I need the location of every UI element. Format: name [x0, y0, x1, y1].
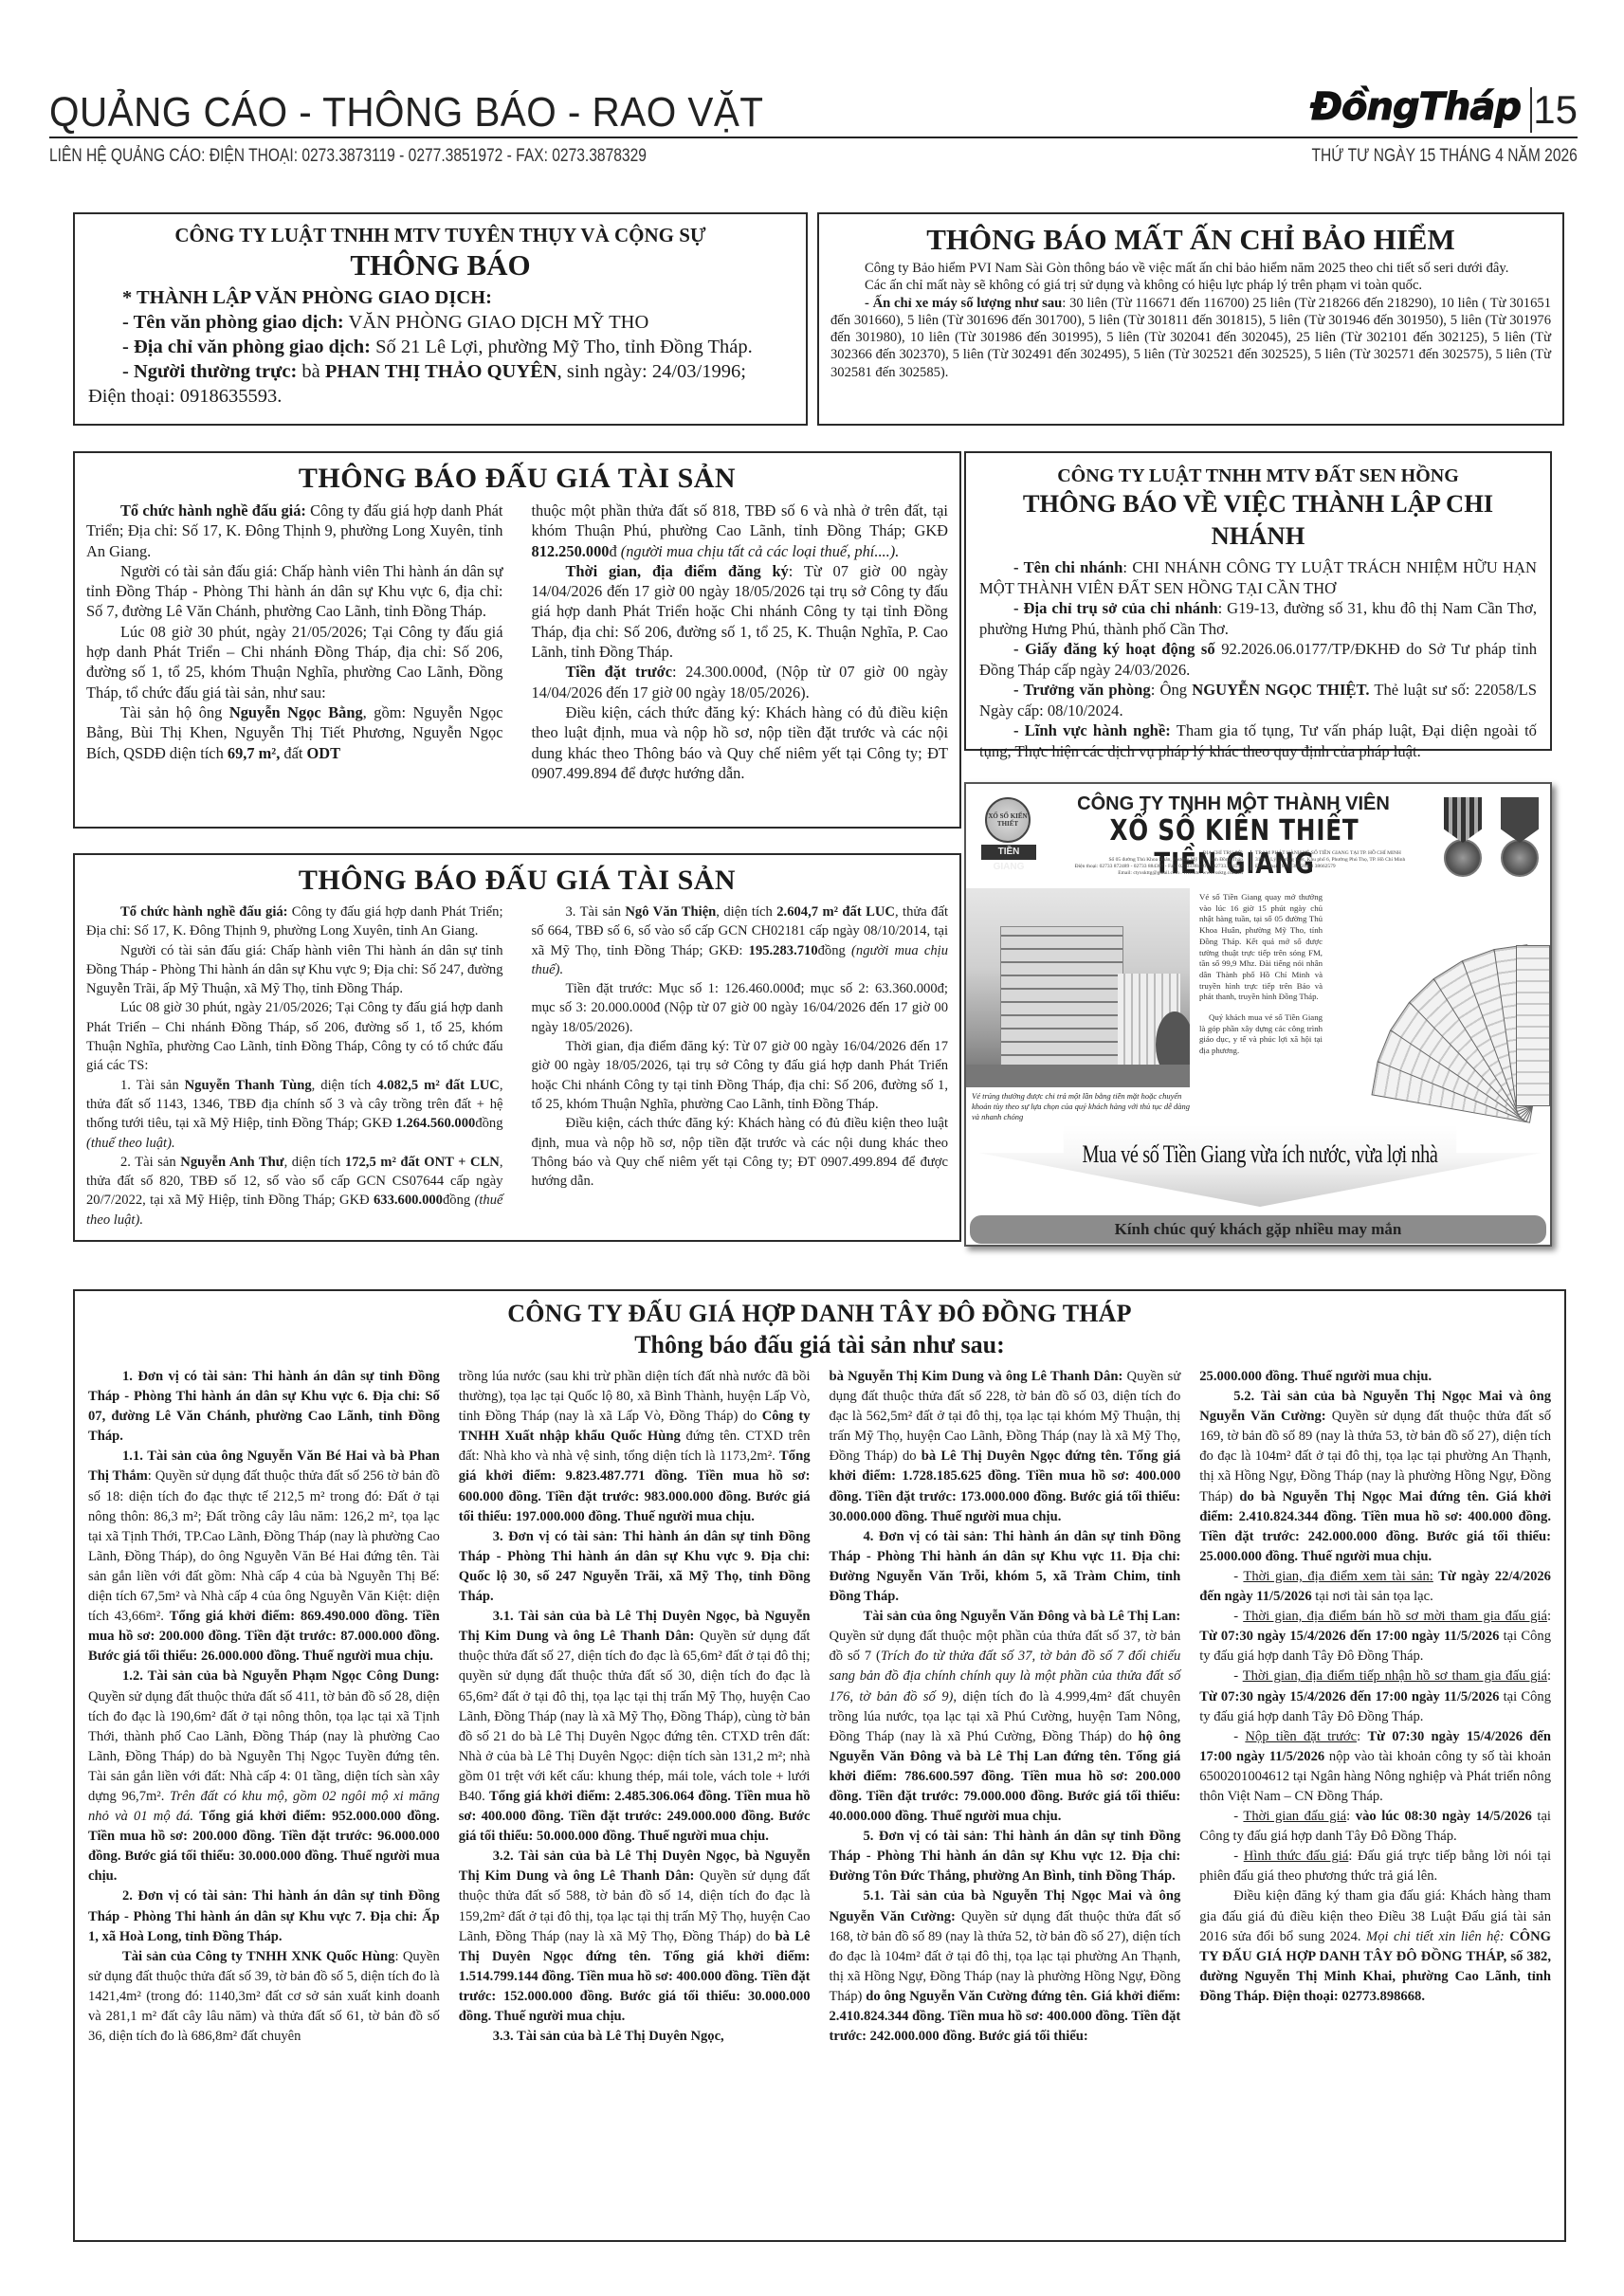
currency: đồng	[818, 943, 851, 958]
column-2: trồng lúa nước (sau khi trừ phần diện tí…	[459, 1367, 811, 2047]
label: - Trưởng văn phòng	[1013, 681, 1151, 699]
time-place: Lúc 08 giờ 30 phút, ngày 21/05/2026; Tại…	[86, 998, 503, 1075]
label: - Giấy đăng ký hoạt động số	[1013, 640, 1215, 658]
resident-name: PHAN THỊ THẢO QUYÊN	[325, 361, 557, 382]
issue-date: THỨ TƯ NGÀY 15 THÁNG 4 NĂM 2026	[1312, 146, 1578, 167]
area: 2.604,7 m² đất LUC	[776, 904, 895, 920]
time-place: Lúc 08 giờ 30 phút, ngày 21/05/2026; Tại…	[86, 622, 503, 702]
area: 69,7 m²,	[228, 744, 284, 762]
column-right: 3. Tài sản Ngô Văn Thiện, diện tích 2.60…	[532, 902, 949, 1230]
asset-text: trồng lúa nước (sau khi trừ phần diện tí…	[459, 1369, 811, 1424]
hq-web: Email: ctyxskttg@gmail.com . Website: ww…	[1032, 870, 1243, 877]
ad-contact-line: LIÊN HỆ QUẢNG CÁO: ĐIỆN THOẠI: 0273.3873…	[49, 146, 647, 167]
text: 1. Tài sản	[120, 1078, 185, 1093]
asset-unit-2: 2. Đơn vị có tài sản: Thi hành án dân sự…	[88, 1886, 440, 1946]
asset-3-3-heading: 3.3. Tài sản của bà Lê Thị Duyên Ngọc,	[459, 2027, 811, 2047]
dossier-sale-schedule: - Thời gian, địa điểm bán hồ sơ mời tham…	[1199, 1607, 1551, 1667]
auction-notice-1: THÔNG BÁO ĐẤU GIÁ TÀI SẢN Tổ chức hành n…	[73, 451, 961, 829]
currency: đồng	[443, 1193, 475, 1208]
notice-sen-hong-branch: CÔNG TY LUẬT TNHH MTV ĐẤT SEN HỒNG THÔNG…	[964, 451, 1552, 751]
auction-form: - Hình thức đấu giá: Đấu giá trực tiếp b…	[1199, 1847, 1551, 1886]
head-name: NGUYỄN NGỌC THIỆT.	[1192, 681, 1369, 699]
asset-item: 1. Tài sản Nguyễn Thanh Tùng, diện tích …	[86, 1076, 503, 1153]
label: - Ấn chỉ xe máy số lượng như sau	[865, 296, 1062, 311]
paragraph: Các ấn chỉ mất này sẽ không có giá trị s…	[830, 277, 1551, 294]
unit-text: 4. Đơn vị có tài sản: Thi hành án dân sự…	[830, 1529, 1181, 1604]
asset-owner: Người có tài sản đấu giá: Chấp hành viên…	[86, 941, 503, 999]
value: VĂN PHÒNG GIAO DỊCH MỸ THO	[344, 312, 649, 333]
owner-name: Nguyễn Ngọc Bằng	[229, 703, 363, 721]
section-title: QUẢNG CÁO - THÔNG BÁO - RAO VẶT	[49, 89, 763, 137]
hcm-address: 319C1 Lý Thường Kiệt, Khu phố 6, Phường …	[1255, 857, 1431, 864]
asset-unit-1: 1. Đơn vị có tài sản: Thi hành án dân sự…	[88, 1367, 440, 1447]
value: : Ông	[1151, 681, 1193, 699]
header-rule	[49, 137, 1578, 138]
label: - Tên chi nhánh	[1013, 558, 1122, 576]
label: Tiền đặt trước	[566, 663, 672, 681]
notice-title: THÔNG BÁO ĐẤU GIÁ TÀI SẢN	[86, 461, 948, 497]
area: 172,5 m² đất ONT + CLN	[345, 1155, 500, 1170]
asset-description-cont: thuộc một phần thửa đất số 818, TBĐ số 6…	[532, 501, 949, 561]
asset-heading: 1.2. Tài sản của bà Nguyễn Phạm Ngọc Côn…	[122, 1668, 440, 1684]
organizer: Tổ chức hành nghề đấu giá: Công ty đấu g…	[86, 902, 503, 941]
notice-tay-do-auction: CÔNG TY ĐẤU GIÁ HỢP DANH TÂY ĐÔ ĐỒNG THÁ…	[73, 1289, 1566, 2242]
asset-text: : Quyền sử dụng đất thuộc thửa đất số 25…	[88, 1468, 440, 1624]
asset-pricing: do bà Nguyễn Thị Ngọc Mai đứng tên. Giá …	[1199, 1489, 1551, 1564]
currency: đ	[609, 542, 620, 560]
lottery-logo: XỔ SỐ KIẾN THIẾT TIỀN GIANG	[981, 797, 1036, 864]
label: Nộp tiền đặt trước	[1245, 1729, 1357, 1744]
asset-pricing: do ông Nguyễn Văn Cường đứng tên. Giá kh…	[830, 1989, 1181, 2044]
asset-1-2: 1.2. Tài sản của bà Nguyễn Phạm Ngọc Côn…	[88, 1667, 440, 1886]
label: - Người thường trực:	[122, 361, 297, 382]
medal-icon	[1497, 797, 1542, 892]
hcm-phone: Điện thoại: (028) 38658853 38662579	[1255, 864, 1431, 870]
unit-text: 2. Đơn vị có tài sản: Thi hành án dân sự…	[88, 1888, 440, 1943]
column-1: 1. Đơn vị có tài sản: Thi hành án dân sự…	[88, 1367, 440, 2047]
asset-unit-4: 4. Đơn vị có tài sản: Thi hành án dân sự…	[830, 1527, 1181, 1607]
deposit: Tiền đặt trước: Mục số 1: 126.460.000đ; …	[532, 979, 949, 1037]
registration-conditions: Điều kiện đăng ký tham gia đấu giá: Khác…	[1199, 1886, 1551, 2007]
ad-body-text: Vé số Tiền Giang quay mở thưởng vào lúc …	[1199, 892, 1323, 1057]
ad-greeting-banner: Kính chúc quý khách gặp nhiều may mắn	[970, 1215, 1546, 1244]
deposit: Tiền đặt trước: 24.300.000đ, (Nộp từ 07 …	[532, 662, 949, 702]
asset-pricing: 25.000.000 đồng. Thuế người mua chịu.	[1199, 1369, 1432, 1384]
starting-price: 195.283.710	[749, 943, 818, 958]
draw-info: Vé số Tiền Giang quay mở thưởng vào lúc …	[1199, 892, 1323, 1003]
unit-text: 5. Đơn vị có tài sản: Thi hành án dân sự…	[830, 1829, 1181, 1884]
currency: đồng	[475, 1116, 502, 1131]
asset-item: 2. Tài sản Nguyễn Anh Thư, diện tích 172…	[86, 1153, 503, 1230]
text: 2. Tài sản	[120, 1155, 180, 1170]
dossier-receipt-schedule: - Thời gian, địa điểm tiếp nhận hồ sơ th…	[1199, 1667, 1551, 1726]
notice-title: THÔNG BÁO ĐẤU GIÁ TÀI SẢN	[86, 863, 948, 899]
four-column-body: 1. Đơn vị có tài sản: Thi hành án dân sự…	[88, 1367, 1551, 2047]
unit-text: 1. Đơn vị có tài sản: Thi hành án dân sự…	[88, 1369, 440, 1444]
dates: Từ 07:30 ngày 15/4/2026 đến 17:00 ngày 1…	[1199, 1689, 1499, 1704]
text: tại nơi tài sản tọa lạc.	[1312, 1589, 1433, 1604]
asset-unit-5: 5. Đơn vị có tài sản: Thi hành án dân sự…	[830, 1827, 1181, 1886]
owner-name: Nguyễn Anh Thư	[180, 1155, 283, 1170]
text: , diện tích	[716, 904, 776, 920]
label: Tổ chức hành nghề đấu giá:	[120, 904, 288, 920]
label: - Tên văn phòng giao dịch:	[122, 312, 344, 333]
branch-head: - Trưởng văn phòng: Ông NGUYỄN NGỌC THIỆ…	[979, 680, 1537, 720]
owner-name: Ngô Văn Thiện	[625, 904, 716, 920]
asset-4: Tài sản của ông Nguyễn Văn Đông và bà Lê…	[830, 1607, 1181, 1827]
label: - Địa chỉ trụ sở của chi nhánh	[1013, 599, 1218, 617]
page-number-divider	[1530, 87, 1532, 133]
logo-emblem: XỔ SỐ KIẾN THIẾT	[985, 797, 1031, 843]
subtitle-text: * THÀNH LẬP VĂN PHÒNG GIAO DỊCH:	[122, 287, 492, 308]
auction-notice-2: THÔNG BÁO ĐẤU GIÁ TÀI SẢN Tổ chức hành n…	[73, 853, 961, 1242]
office-name-line: - Tên văn phòng giao dịch: VĂN PHÒNG GIA…	[88, 310, 793, 335]
masthead: QUẢNG CÁO - THÔNG BÁO - RAO VẶT ĐồngTháp…	[49, 83, 1578, 169]
contact-intro: Mọi chi tiết xin liên hệ:	[1366, 1929, 1509, 1944]
company-building-photo	[966, 888, 1190, 1087]
deposit-schedule: - Nộp tiền đặt trước: Từ 07:30 ngày 15/4…	[1199, 1727, 1551, 1807]
asset-text: Quyền sử dụng đất thuộc thửa đất số 411,…	[88, 1689, 440, 1804]
asset-3-2: 3.2. Tài sản của bà Lê Thị Duyên Ngọc, b…	[459, 1847, 811, 2027]
notice-company: CÔNG TY LUẬT TNHH MTV TUYÊN THỤY VÀ CỘNG…	[88, 224, 793, 247]
starting-price: 633.600.000	[374, 1193, 443, 1208]
asset-description: Tài sản hộ ông Nguyễn Ngọc Bằng, gồm: Ng…	[86, 702, 503, 763]
two-column-body: Tổ chức hành nghề đấu giá: Công ty đấu g…	[86, 902, 948, 1230]
lottery-tickets-fan-image	[1326, 879, 1552, 1106]
asset-5-2: 5.2. Tài sản của bà Nguyễn Thị Ngọc Mai …	[1199, 1387, 1551, 1567]
branch-name: - Tên chi nhánh: CHI NHÁNH CÔNG TY LUẬT …	[979, 557, 1537, 598]
asset-owner: Người có tài sản đấu giá: Chấp hành viên…	[86, 561, 503, 622]
asset-pricing: Tổng giá khởi điểm: 2.485.306.064 đồng. …	[459, 1789, 811, 1844]
contribution-info: Quý khách mua vé số Tiền Giang là góp ph…	[1199, 1012, 1323, 1057]
practice-areas: - Lĩnh vực hành nghề: Tham gia tố tụng, …	[979, 720, 1537, 761]
asset-heading: 3.3. Tài sản của bà Lê Thị Duyên Ngọc,	[493, 2029, 724, 2044]
asset-heading: Tài sản của Công ty TNHH XNK Quốc Hùng	[122, 1949, 394, 1964]
starting-price: 1.264.560.000	[395, 1116, 475, 1131]
asset-3-3: bà Nguyễn Thị Kim Dung và ông Lê Thanh D…	[830, 1367, 1181, 1527]
value: bà	[297, 361, 325, 382]
label: Thời gian, địa điểm bán hồ sơ mời tham g…	[1243, 1609, 1547, 1624]
auction-time: - Thời gian đấu giá: vào lúc 08:30 ngày …	[1199, 1807, 1551, 1847]
hq-address: Số 05 đường Thủ Khoa Huân, Phường Mỹ Tho…	[1032, 857, 1243, 864]
registration-certificate: - Giấy đăng ký hoạt động số 92.2026.06.0…	[979, 639, 1537, 680]
unit-text: 3. Đơn vị có tài sản: Thi hành án dân sự…	[459, 1529, 811, 1604]
hcm-heading: TRẠM PHÁT HÀNH VÉ SỐ TIỀN GIANG TẠI TP. …	[1255, 850, 1431, 857]
text: thuộc một phần thửa đất số 818, TBĐ số 6…	[532, 501, 949, 539]
paragraph: Công ty Bảo hiểm PVI Nam Sài Gòn thông b…	[830, 260, 1551, 277]
tax-note: (thuế theo luật).	[86, 1136, 175, 1151]
label: Thời gian đấu giá	[1243, 1809, 1346, 1824]
lottery-advertisement: XỔ SỐ KIẾN THIẾT TIỀN GIANG CÔNG TY TNHH…	[964, 782, 1552, 1247]
serial-list: - Ấn chỉ xe máy số lượng như sau: 30 liê…	[830, 295, 1551, 381]
hq-phone: Điện thoại: 02733 872489 - 02733 884307 …	[1032, 864, 1243, 870]
label: Hình thức đấu giá	[1244, 1849, 1349, 1864]
asset-1-1: 1.1. Tài sản của ông Nguyễn Văn Bé Hai v…	[88, 1447, 440, 1667]
asset-heading: bà Nguyễn Thị Kim Dung và ông Lê Thanh D…	[830, 1369, 1123, 1384]
notice-title: Thông báo đấu giá tài sản như sau:	[88, 1329, 1551, 1361]
organizer: Tổ chức hành nghề đấu giá: Công ty đấu g…	[86, 501, 503, 561]
ad-company-line1: CÔNG TY TNHH MỘT THÀNH VIÊN	[1053, 793, 1414, 815]
owner-name: Nguyễn Thanh Tùng	[185, 1078, 312, 1093]
registration: Thời gian, địa điểm đăng ký: Từ 07 giờ 0…	[532, 1037, 949, 1114]
starting-price: 812.250.000	[532, 542, 610, 560]
column-left: Tổ chức hành nghề đấu giá: Công ty đấu g…	[86, 501, 503, 783]
label: Thời gian, địa điểm đăng ký	[566, 562, 789, 580]
logo-label: TIỀN GIANG	[981, 845, 1036, 860]
asset-heading: Tài sản của ông Nguyễn Văn Đông và bà Lê…	[864, 1609, 1181, 1624]
notice-subtitle: * THÀNH LẬP VĂN PHÒNG GIAO DỊCH:	[88, 285, 793, 310]
notice-company: CÔNG TY LUẬT TNHH MTV ĐẤT SEN HỒNG	[979, 465, 1537, 487]
asset-2-cont: trồng lúa nước (sau khi trừ phần diện tí…	[459, 1367, 811, 1527]
land-type: ODT	[307, 744, 341, 762]
hq-heading: ĐỊA CHỈ TRỤ SỞ:	[1032, 850, 1243, 857]
asset-text: Quyền sử dụng đất thuộc thửa đất số 27, …	[459, 1629, 811, 1804]
asset-5-1: 5.1. Tài sản của bà Nguyễn Thị Ngọc Mai …	[830, 1886, 1181, 2047]
payment-caption: Vé trúng thưởng được chi trả một lần bằn…	[972, 1091, 1195, 1122]
text: 3. Tài sản	[566, 904, 626, 920]
text: đất	[283, 744, 306, 762]
label: Thời gian, địa điểm xem tài sản:	[1243, 1569, 1432, 1584]
hcm-address-block: TRẠM PHÁT HÀNH VÉ SỐ TIỀN GIANG TẠI TP. …	[1250, 850, 1431, 870]
notice-title: THÔNG BÁO VỀ VIỆC THÀNH LẬP CHI NHÁNH	[979, 487, 1537, 552]
column-3: bà Nguyễn Thị Kim Dung và ông Lê Thanh D…	[830, 1367, 1181, 2047]
asset-unit-3: 3. Đơn vị có tài sản: Thi hành án dân sự…	[459, 1527, 811, 1607]
area: 4.082,5 m² đất LUC	[376, 1078, 499, 1093]
branch-address: - Địa chỉ trụ sở của chi nhánh: G19-13, …	[979, 598, 1537, 639]
newspaper-logo: ĐồngTháp	[1310, 85, 1521, 129]
label: Thời gian, địa điểm tiếp nhận hồ sơ tham…	[1243, 1668, 1547, 1684]
ad-slogan: Mua vé số Tiền Giang vừa ích nước, vừa l…	[1031, 1140, 1489, 1169]
page-number: 15	[1533, 87, 1578, 133]
label: Tổ chức hành nghề đấu giá:	[120, 501, 306, 519]
notice-pvi-lost-certificates: THÔNG BÁO MẤT ẤN CHỈ BẢO HIỂM Công ty Bả…	[817, 212, 1564, 426]
medal-icon	[1440, 797, 1486, 892]
asset-2: Tài sản của Công ty TNHH XNK Quốc Hùng: …	[88, 1947, 440, 2047]
notice-title: THÔNG BÁO MẤT ẤN CHỈ BẢO HIỂM	[830, 224, 1551, 256]
two-column-body: Tổ chức hành nghề đấu giá: Công ty đấu g…	[86, 501, 948, 783]
registration: Thời gian, địa điểm đăng ký: Từ 07 giờ 0…	[532, 561, 949, 662]
phone-line: Điện thoại: 0918635593.	[88, 384, 793, 409]
notice-tuyen-thuy: CÔNG TY LUẬT TNHH MTV TUYÊN THỤY VÀ CỘNG…	[73, 212, 808, 426]
resident-dob: , sinh ngày: 24/03/1996;	[557, 361, 746, 382]
text: , diện tích	[284, 1155, 345, 1170]
dates: Từ 07:30 ngày 15/4/2026 đến 17:00 ngày 1…	[1199, 1629, 1499, 1644]
notice-title: THÔNG BÁO	[88, 247, 793, 283]
label: - Lĩnh vực hành nghề:	[1013, 721, 1171, 739]
resident-line: - Người thường trực: bà PHAN THỊ THẢO QU…	[88, 359, 793, 384]
column-4: 25.000.000 đồng. Thuế người mua chịu. 5.…	[1199, 1367, 1551, 2047]
asset-5-1-cont: 25.000.000 đồng. Thuế người mua chịu.	[1199, 1367, 1551, 1387]
asset-3-1: 3.1. Tài sản của bà Lê Thị Duyên Ngọc, b…	[459, 1607, 811, 1847]
column-right: thuộc một phần thửa đất số 818, TBĐ số 6…	[532, 501, 949, 783]
value: Số 21 Lê Lợi, phường Mỹ Tho, tỉnh Đồng T…	[371, 337, 753, 357]
hq-address-block: ĐỊA CHỈ TRỤ SỞ: Số 05 đường Thủ Khoa Huâ…	[1032, 850, 1243, 877]
column-left: Tổ chức hành nghề đấu giá: Công ty đấu g…	[86, 902, 503, 1230]
text: Tài sản hộ ông	[120, 703, 229, 721]
asset-item: 3. Tài sản Ngô Văn Thiện, diện tích 2.60…	[532, 902, 949, 979]
conditions: Điều kiện, cách thức đăng ký: Khách hàng…	[532, 1114, 949, 1191]
viewing-schedule: - Thời gian, địa điểm xem tài sản: Từ ng…	[1199, 1567, 1551, 1607]
conditions: Điều kiện, cách thức đăng ký: Khách hàng…	[532, 702, 949, 783]
dates: vào lúc 08:30 ngày 14/5/2026	[1356, 1809, 1532, 1824]
notice-company: CÔNG TY ĐẤU GIÁ HỢP DANH TÂY ĐÔ ĐỒNG THÁ…	[88, 1299, 1551, 1329]
office-address-line: - Địa chỉ văn phòng giao dịch: Số 21 Lê …	[88, 335, 793, 359]
label: - Địa chỉ văn phòng giao dịch:	[122, 337, 371, 357]
tax-note: (người mua chịu tất cả các loại thuế, ph…	[621, 542, 900, 560]
text: , diện tích	[312, 1078, 377, 1093]
